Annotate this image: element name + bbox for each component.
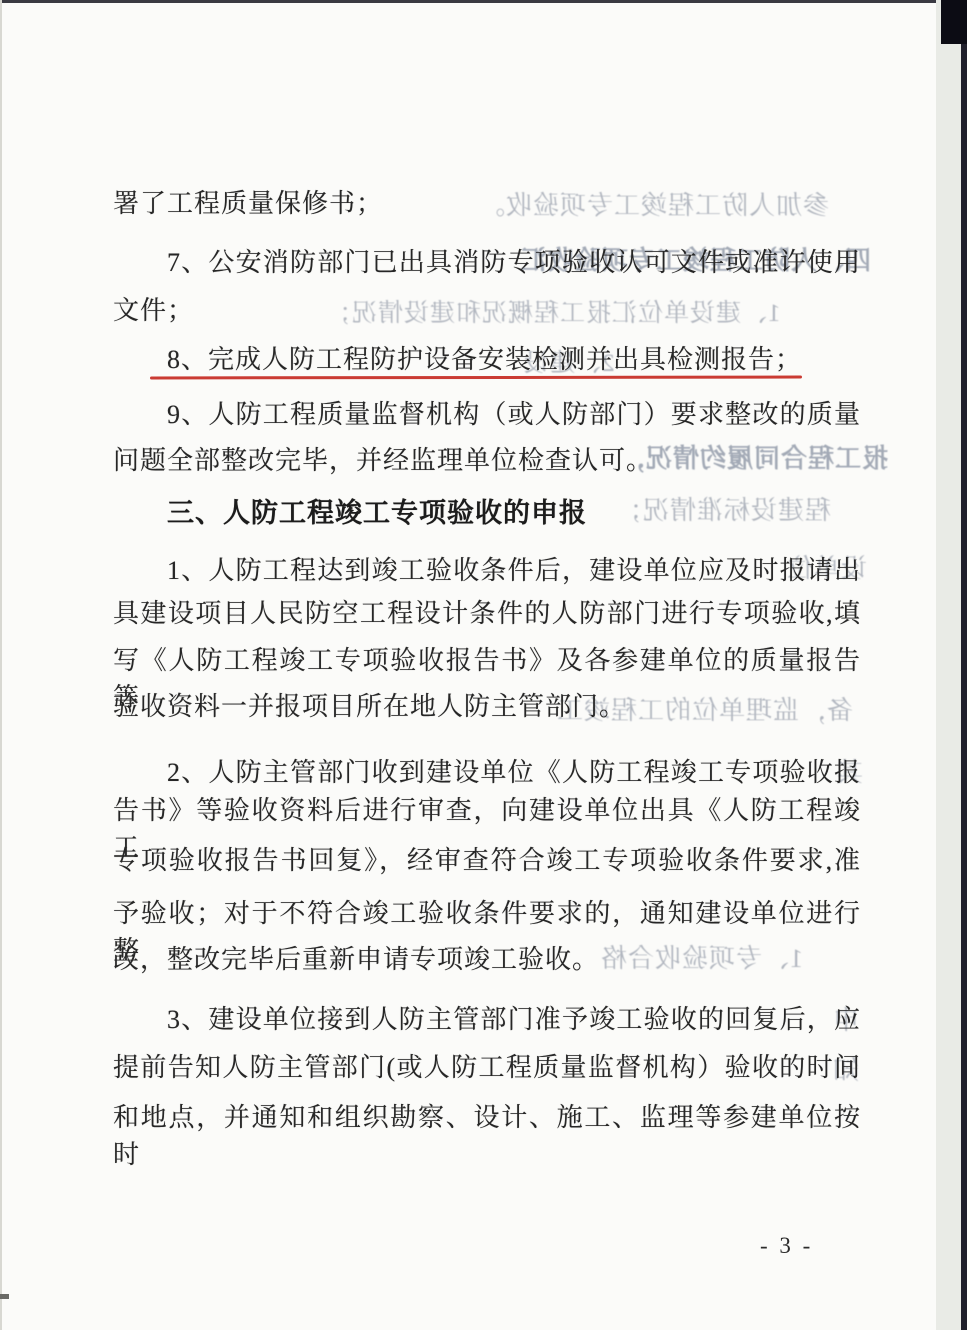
scan-edge-top	[0, 0, 967, 3]
doc-line: 予验收；对于不符合竣工验收条件要求的，通知建设单位进行整	[113, 893, 861, 925]
scan-shadow-band-right	[936, 0, 961, 1330]
doc-line: 文件；	[113, 290, 861, 322]
doc-line: 1、人防工程达到竣工验收条件后，建设单位应及时报请出	[167, 550, 861, 582]
doc-line-underlined: 8、完成人防工程防护设备安装检测并出具检测报告；	[167, 339, 861, 371]
doc-line: 具建设项目人民防空工程设计条件的人防部门进行专项验收,填	[113, 593, 861, 625]
doc-line: 2、人防主管部门收到建设单位《人防工程竣工专项验收报	[167, 752, 861, 784]
doc-line: 改，整改完毕后重新申请专项竣工验收。	[113, 939, 861, 971]
scan-edge-right	[961, 0, 967, 1330]
red-underline-annotation	[150, 376, 802, 380]
section-heading: 三、人防工程竣工专项验收的申报	[167, 491, 861, 523]
scan-corner-top-right	[941, 0, 967, 44]
doc-line: 7、公安消防部门已出具消防专项验收认可文件或准许使用	[167, 242, 861, 274]
doc-line: 提前告知人防主管部门(或人防工程质量监督机构）验收的时间	[113, 1047, 861, 1079]
page-number: - 3 -	[760, 1233, 813, 1259]
scan-mark-bottom-left	[0, 1294, 9, 1299]
doc-line: 和地点，并通知和组织勘察、设计、施工、监理等参建单位按时	[113, 1097, 861, 1129]
doc-line: 署了工程质量保修书；	[113, 183, 861, 215]
doc-line: 3、建设单位接到人防主管部门准予竣工验收的回复后，应	[167, 999, 861, 1031]
doc-line: 告书》等验收资料后进行审查，向建设单位出具《人防工程竣工	[113, 790, 861, 822]
doc-line: 9、人防工程质量监督机构（或人防部门）要求整改的质量	[167, 394, 861, 426]
scanned-document-page: 参加人防工程竣工专项验收。 四、人防工程竣工专项验收汇 1、建设单位汇报工程概况…	[0, 0, 967, 1330]
doc-line: 专项验收报告书回复》，经审查符合竣工专项验收条件要求,准	[113, 840, 861, 872]
scan-edge-left	[0, 0, 2, 1330]
doc-line: 写《人防工程竣工专项验收报告书》及各参建单位的质量报告等	[113, 640, 861, 672]
doc-line: 问题全部整改完毕，并经监理单位检查认可。	[113, 440, 861, 472]
doc-line: 验收资料一并报项目所在地人防主管部门。	[113, 686, 861, 718]
